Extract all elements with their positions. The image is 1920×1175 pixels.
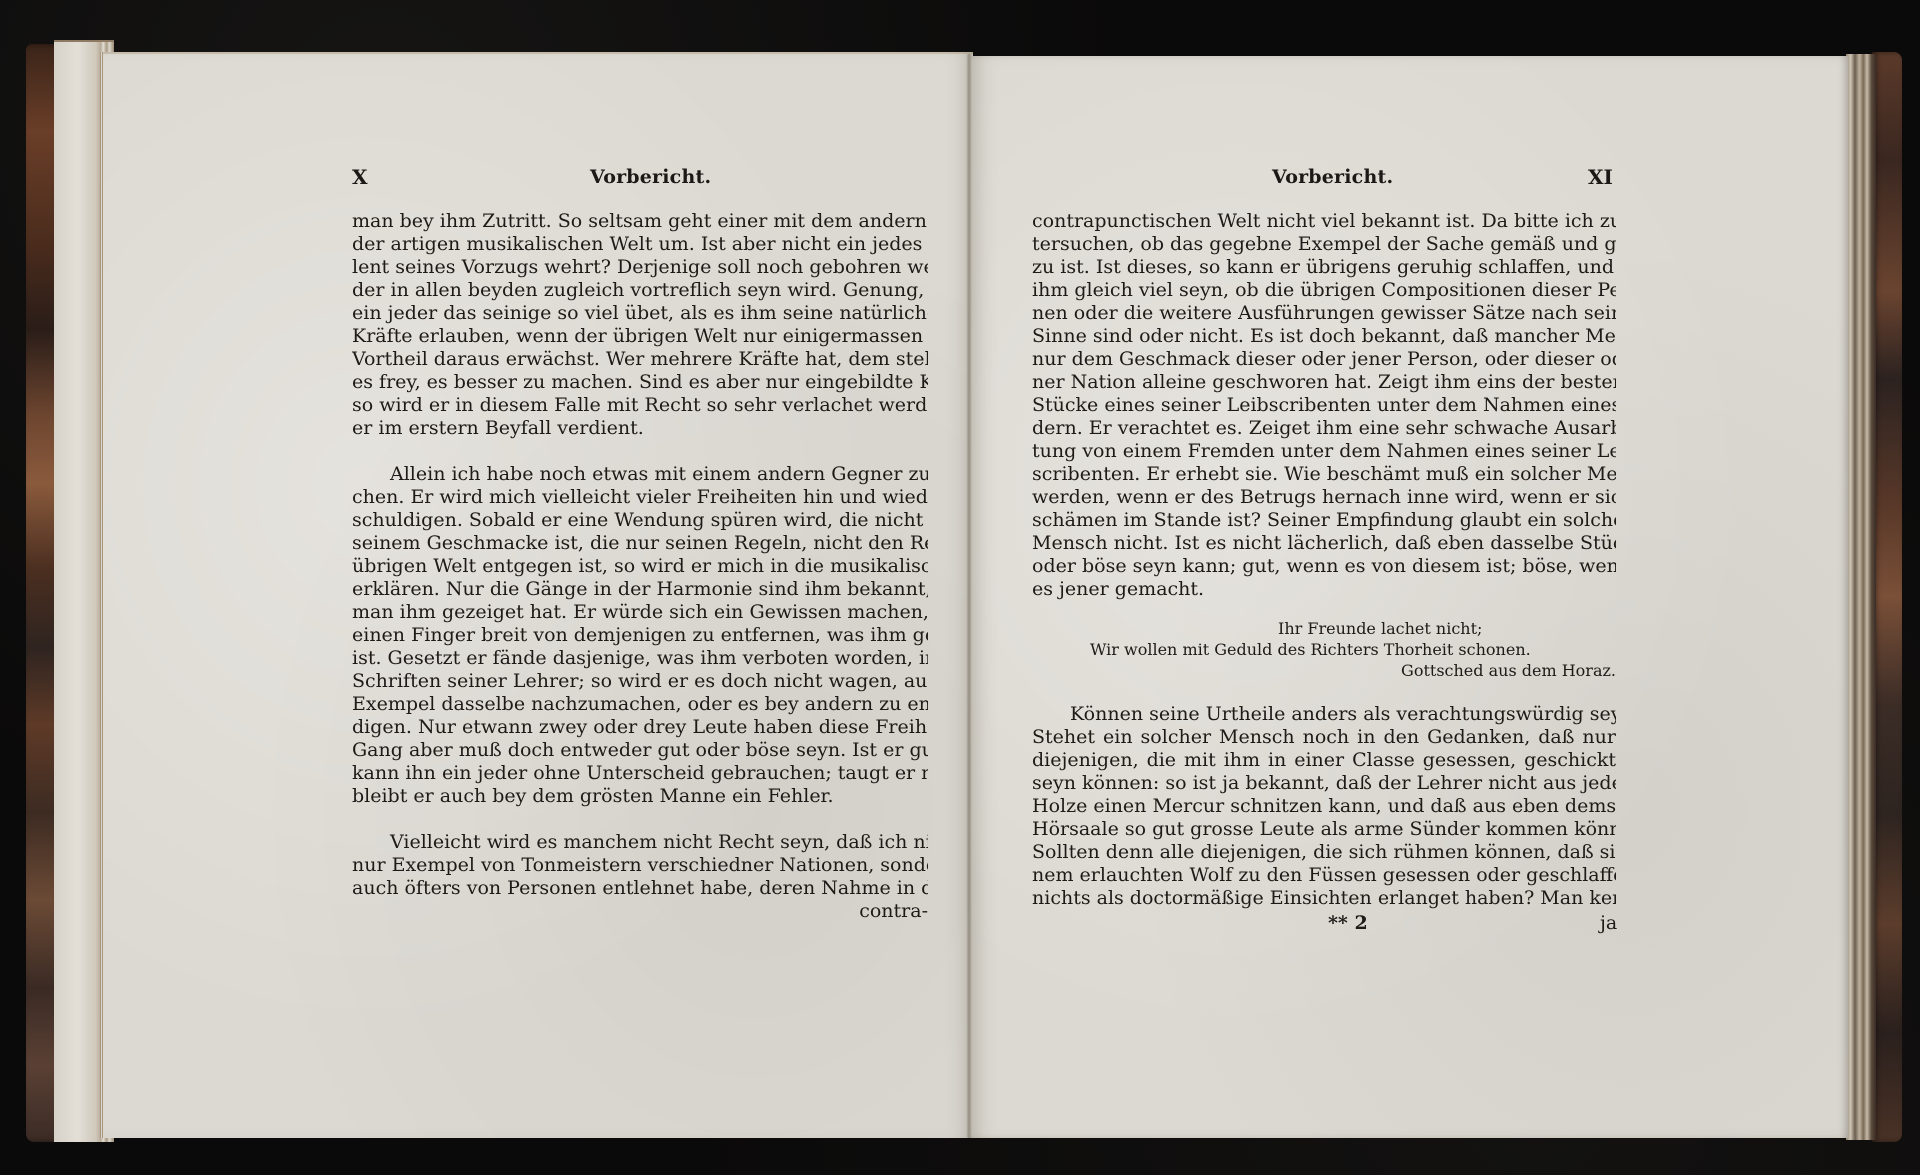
text-line: so wird er in diesem Falle mit Recht so … xyxy=(352,394,928,417)
text-line: Vielleicht wird es manchem nicht Recht s… xyxy=(352,831,928,854)
text-line: Stehet ein solcher Mensch noch in den Ge… xyxy=(1032,726,1616,749)
text-line: man bey ihm Zutritt. So seltsam geht ein… xyxy=(352,210,928,233)
text-line: nichts als doctormäßige Einsichten erlan… xyxy=(1032,887,1616,910)
right-page-text: contrapunctischen Welt nicht viel bekann… xyxy=(1032,210,1616,601)
text-line: Schriften seiner Lehrer; so wird er es d… xyxy=(352,670,928,693)
text-line: ihm gleich viel seyn, ob die übrigen Com… xyxy=(1032,279,1616,302)
text-line: man ihm gezeiget hat. Er würde sich ein … xyxy=(352,601,928,624)
text-line: seinem Geschmacke ist, die nur seinen Re… xyxy=(352,532,928,555)
text-line: kann ihn ein jeder ohne Unterscheid gebr… xyxy=(352,762,928,785)
right-leather-cover xyxy=(1872,52,1902,1142)
text-line: Vortheil daraus erwächst. Wer mehrere Kr… xyxy=(352,348,928,371)
text-line: bleibt er auch bey dem grösten Manne ein… xyxy=(352,785,928,808)
text-line: es frey, es besser zu machen. Sind es ab… xyxy=(352,371,928,394)
right-page-text-continued: Können seine Urtheile anders als veracht… xyxy=(1032,703,1616,910)
right-folio: XI xyxy=(1588,165,1613,189)
text-line: Sinne sind oder nicht. Es ist doch bekan… xyxy=(1032,325,1616,348)
text-line: Gang aber muß doch entweder gut oder bös… xyxy=(352,739,928,762)
text-line: nur dem Geschmack dieser oder jener Pers… xyxy=(1032,348,1616,371)
text-line: ner Nation alleine geschworen hat. Zeigt… xyxy=(1032,371,1616,394)
text-line: Mensch nicht. Ist es nicht lächerlich, d… xyxy=(1032,532,1616,555)
text-line: digen. Nur etwann zwey oder drey Leute h… xyxy=(352,716,928,739)
text-line: der artigen musikalischen Welt um. Ist a… xyxy=(352,233,928,256)
text-line: Allein ich habe noch etwas mit einem and… xyxy=(352,463,928,486)
text-line: es jener gemacht. xyxy=(1032,578,1616,601)
text-line: werden, wenn er des Betrugs hernach inne… xyxy=(1032,486,1616,509)
text-line: nem erlauchten Wolf zu den Füssen gesess… xyxy=(1032,864,1616,887)
text-line: Sollten denn alle diejenigen, die sich r… xyxy=(1032,841,1616,864)
text-line: er im erstern Beyfall verdient. xyxy=(352,417,928,440)
text-line: Holze einen Mercur schnitzen kann, und d… xyxy=(1032,795,1616,818)
text-line: scribenten. Er erhebt sie. Wie beschämt … xyxy=(1032,463,1616,486)
text-line: auch öfters von Personen entlehnet habe,… xyxy=(352,877,928,900)
catchword: ja xyxy=(1600,912,1617,934)
text-line: lent seines Vorzugs wehrt? Derjenige sol… xyxy=(352,256,928,279)
signature-mark: ** 2 xyxy=(1328,912,1368,934)
text-line: einen Finger breit von demjenigen zu ent… xyxy=(352,624,928,647)
text-line: contrapunctischen Welt nicht viel bekann… xyxy=(1032,210,1616,233)
text-line: Kräfte erlauben, wenn der übrigen Welt n… xyxy=(352,325,928,348)
epigraph: Ihr Freunde lachet nicht; Wir wollen mit… xyxy=(1090,618,1616,681)
text-line: diejenigen, die mit ihm in einer Classe … xyxy=(1032,749,1616,772)
text-line: Hörsaale so gut grosse Leute als arme Sü… xyxy=(1032,818,1616,841)
text-line: ein jeder das seinige so viel übet, als … xyxy=(352,302,928,325)
left-page-text: man bey ihm Zutritt. So seltsam geht ein… xyxy=(352,210,928,923)
text-line: dern. Er verachtet es. Zeiget ihm eine s… xyxy=(1032,417,1616,440)
right-page-edges xyxy=(1846,54,1876,1140)
text-line: schämen im Stande ist? Seiner Empfindung… xyxy=(1032,509,1616,532)
text-line: tung von einem Fremden unter dem Nahmen … xyxy=(1032,440,1616,463)
text-line: zu ist. Ist dieses, so kann er übrigens … xyxy=(1032,256,1616,279)
left-folio: X xyxy=(352,165,368,189)
text-line: Können seine Urtheile anders als veracht… xyxy=(1032,703,1616,726)
catchword: contra- xyxy=(352,900,928,923)
text-line: der in allen beyden zugleich vortreflich… xyxy=(352,279,928,302)
epigraph-attribution: Gottsched aus dem Horaz. xyxy=(1090,660,1616,681)
epigraph-line: Ihr Freunde lachet nicht; xyxy=(1090,618,1616,639)
text-line: Stücke eines seiner Leibscribenten unter… xyxy=(1032,394,1616,417)
text-line: nen oder die weitere Ausführungen gewiss… xyxy=(1032,302,1616,325)
text-line: nur Exempel von Tonmeistern verschiedner… xyxy=(352,854,928,877)
text-line: ist. Gesetzt er fände dasjenige, was ihm… xyxy=(352,647,928,670)
text-line: seyn können: so ist ja bekannt, daß der … xyxy=(1032,772,1616,795)
text-line: tersuchen, ob das gegebne Exempel der Sa… xyxy=(1032,233,1616,256)
text-line: übrigen Welt entgegen ist, so wird er mi… xyxy=(352,555,928,578)
text-line: erklären. Nur die Gänge in der Harmonie … xyxy=(352,578,928,601)
text-line: chen. Er wird mich vielleicht vieler Fre… xyxy=(352,486,928,509)
text-line: schuldigen. Sobald er eine Wendung spüre… xyxy=(352,509,928,532)
book-gutter xyxy=(966,54,972,1138)
text-line: Exempel dasselbe nachzumachen, oder es b… xyxy=(352,693,928,716)
epigraph-line: Wir wollen mit Geduld des Richters Thorh… xyxy=(1090,639,1616,660)
left-running-head: Vorbericht. xyxy=(590,166,711,188)
right-running-head: Vorbericht. xyxy=(1272,166,1393,188)
text-line: oder böse seyn kann; gut, wenn es von di… xyxy=(1032,555,1616,578)
